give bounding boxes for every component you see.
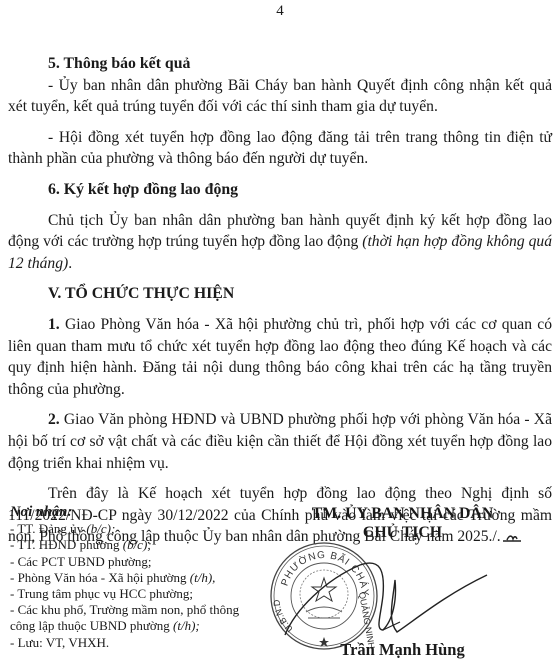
recipient-item: - Lưu: VT, VHXH. (10, 635, 260, 651)
signer-name: Trần Mạnh Hùng (285, 640, 520, 660)
recipient-item: - Trung tâm phục vụ HCC phường; (10, 586, 260, 602)
section-6-paragraph: Chủ tịch Ủy ban nhân dân phường ban hành… (8, 210, 552, 275)
recipient-item: - TT. Đảng ủy (b/c); (10, 521, 260, 537)
signing-org: TM. ỦY BAN NHÂN DÂN (285, 504, 520, 523)
section-v-heading: V. TỔ CHỨC THỰC HIỆN (8, 283, 552, 305)
signature-block: TM. ỦY BAN NHÂN DÂN CHỦ TỊCH (285, 504, 520, 542)
section-6-end: . (68, 255, 72, 272)
item-number: 1. (48, 316, 60, 333)
item-number: 2. (48, 411, 60, 428)
recipient-item: công lập thuộc UBND phường (t/h); (10, 618, 260, 634)
section-v-item-2: 2. Giao Văn phòng HĐND và UBND phường ph… (8, 409, 552, 474)
page-number: 4 (0, 3, 560, 20)
handwritten-signature-icon (265, 540, 495, 640)
section-5-paragraph-2: - Hội đồng xét tuyển hợp đồng lao động đ… (8, 127, 552, 170)
item-text: Giao Phòng Văn hóa - Xã hội phường chủ t… (8, 316, 552, 398)
section-v-item-1: 1. Giao Phòng Văn hóa - Xã hội phường ch… (8, 314, 552, 400)
section-5-paragraph-1: - Ủy ban nhân dân phường Bãi Cháy ban hà… (8, 75, 552, 118)
section-6-heading: 6. Ký kết hợp đồng lao động (8, 179, 552, 201)
recipient-item: - TT. HĐND phường (b/c); (10, 537, 260, 553)
item-text: Giao Văn phòng HĐND và UBND phường phối … (8, 411, 552, 471)
recipients-block: Nơi nhận: - TT. Đảng ủy (b/c); - TT. HĐN… (10, 504, 260, 651)
section-5-heading: 5. Thông báo kết quả (8, 53, 552, 75)
document-body: 5. Thông báo kết quả - Ủy ban nhân dân p… (8, 53, 552, 548)
recipient-item: - Các PCT UBND phường; (10, 554, 260, 570)
recipients-title: Nơi nhận: (10, 504, 260, 520)
recipient-item: - Các khu phố, Trường mầm non, phổ thông (10, 602, 260, 618)
recipient-item: - Phòng Văn hóa - Xã hội phường (t/h), (10, 570, 260, 586)
